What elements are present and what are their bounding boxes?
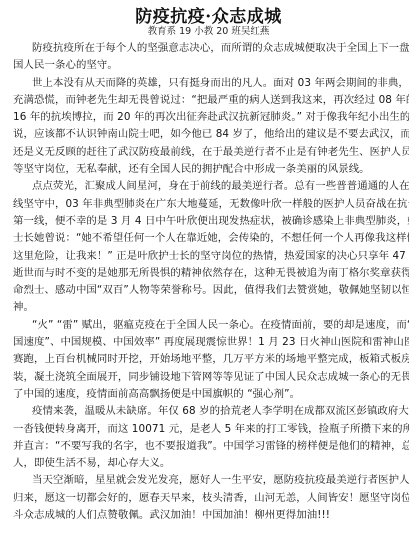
paragraph-line: 归来，愿这一切都会好的，愿春天早来，枝头清香，山河无恙，人间皆安！愿坚守岗位努力…	[13, 490, 409, 507]
paragraph-line: 等坚守岗位，无私奉献，还有全国人民的拥护配合中形成一条美丽的风景线。	[13, 161, 409, 178]
paragraph-line: 斗众志成城的人们点赞敬佩。武汉加油！中国加油！柳州更得加油!!!	[13, 507, 409, 524]
paragraph-line: 一沓钱便转身离开，而这 10071 元，是老人 5 年来的打工零钱，捡瓶子所攒下…	[13, 421, 409, 438]
paragraph-line: 并直言：“不要写我的名字，也不要报道我”。中国学习雷锋的榜样便是他们的精神，总有…	[13, 438, 409, 455]
paragraph-line: 防疫抗疫所在于每个人的坚强意志决心，而所谓的众志成城便取决于全国上下一盘棋，全	[13, 40, 409, 57]
paragraph-line: 世上本没有从天而降的英雄，只有挺身而出的凡人。面对 03 年两会期间的非典，使人…	[13, 75, 409, 92]
paragraph-line: “火” “雷” 赋出，驱瘟克疫在于全国人民一条心。在疫情面前，要的却是速度，而“…	[13, 317, 409, 334]
paragraph-line: 命烈士、感动中国“双百”人物等荣誉称号。因此，值得我们去赞赏她，敬佩她坚韧以恒的…	[13, 282, 409, 299]
paragraph-line: 还是义无反顾的赶往了武汉防疫最前线，在于最美逆行者不止是有钟老先生、医护人员、警…	[13, 144, 409, 161]
paragraph-line: 充满恐慌，而钟老先生却无畏曾说过：“把最严重的病人送到我这来，再次经过 08 年…	[13, 92, 409, 109]
paragraph: 防疫抗疫所在于每个人的坚强意志决心，而所谓的众志成城便取决于全国上下一盘棋，全国…	[13, 40, 409, 75]
paragraph-line: 这里危险，让我来！” 正是叶欣护士长的坚守岗位的热情，热爱国家的决心只享年 47…	[13, 248, 409, 265]
paragraph-line: 线坚守中，03 年非典型肺炎在广东大地蔓延，无数像叶欣一样般的医护人员奋战在抗击…	[13, 196, 409, 213]
paragraph-line: 装，凝土浇筑全面展开，同步铺设地下管网等等见证了中国人民众志成城一条心的无畏也见…	[13, 369, 409, 386]
paragraph-line: 士长她曾说：“她不希望任何一个人在靠近她，会传染的，不想任何一个人再像我这样倒下…	[13, 230, 409, 247]
paragraph: 点点荧光，汇聚成人间星河，身在于前线的最美逆行者。总有一些普普通通的人在生死前线…	[13, 178, 409, 316]
paragraph-line: 第一线，便不幸的是 3 月 4 日中午叶欣便出现发热症状，被确诊感染上非典型肺炎…	[13, 213, 409, 230]
document-body: 防疫抗疫所在于每个人的坚强意志决心，而所谓的众志成城便取决于全国上下一盘棋，全国…	[13, 40, 409, 524]
paragraph: “火” “雷” 赋出，驱瘟克疫在于全国人民一条心。在疫情面前，要的却是速度，而“…	[13, 317, 409, 403]
paragraph-line: 赛跑，上百台机械同时开挖，开始场地平整，几万平方米的场地平整完成，板箱式板房开始…	[13, 351, 409, 368]
paragraph-line: 神。	[13, 299, 409, 316]
paragraph: 世上本没有从天而降的英雄，只有挺身而出的凡人。面对 03 年两会期间的非典，使人…	[13, 75, 409, 179]
document-subtitle: 教育系 19 小教 20 班吴红燕	[0, 23, 417, 37]
paragraph-line: 国速度”、中国规模、中国效率” 再度展现震惊世界！1 月 23 日火神山医院和雷…	[13, 334, 409, 351]
paragraph-line: 逝世而与时不变的是她那无所畏惧的精神依然存在，这种无畏被追为南丁格尔奖章获得者、…	[13, 265, 409, 282]
paragraph-line: 点点荧光，汇聚成人间星河，身在于前线的最美逆行者。总有一些普普通通的人在生死前	[13, 178, 409, 195]
document-page: 防疫抗疫·众志成城 教育系 19 小教 20 班吴红燕 防疫抗疫所在于每个人的坚…	[0, 0, 417, 550]
paragraph: 当天空渐暗，星星就会发光发亮，愿好人一生平安，愿防疫抗疫最美逆行者医护人员平安归…	[13, 472, 409, 524]
paragraph: 疫情来袭，温暖从未缺席。年仅 68 岁的拾荒老人李学明在成都双流区彭镇政府大厅放…	[13, 403, 409, 472]
paragraph-line: 了中国的速度，疫情面前高高飘扬便是中国旗帜的 “强心剂”。	[13, 386, 409, 403]
paragraph-line: 疫情来袭，温暖从未缺席。年仅 68 岁的拾荒老人李学明在成都双流区彭镇政府大厅放…	[13, 403, 409, 420]
paragraph-line: 当天空渐暗，星星就会发光发亮，愿好人一生平安，愿防疫抗疫最美逆行者医护人员平安	[13, 472, 409, 489]
paragraph-line: 说，应该都不认识钟南山院士吧，如今他已 84 岁了，他给出的建议是不要去武汉，而…	[13, 126, 409, 143]
paragraph-line: 人，即使生活不易，却心存大义。	[13, 455, 409, 472]
paragraph-line: 国人民一条心的坚守。	[13, 57, 409, 74]
paragraph-line: 16 年的抗埃博拉，而 20 年的再次出征奔赴武汉抗新冠肺炎。” 对于像我年纪小…	[13, 109, 409, 126]
